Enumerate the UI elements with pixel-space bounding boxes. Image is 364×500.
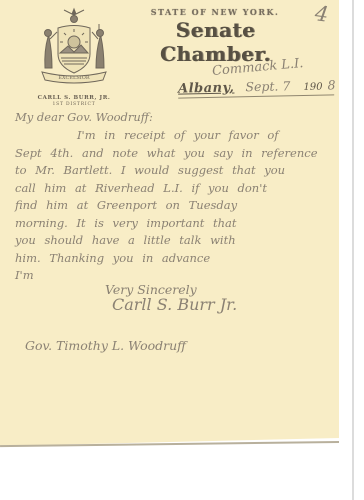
sender-name: CARLL S. BURR, JR. [18, 95, 130, 101]
handwritten-date: Sept. 7 [245, 78, 290, 94]
salutation: My dear Gov. Woodruff: [15, 110, 333, 128]
body-line: morning. It is very important that [15, 216, 333, 234]
body-line: to Mr. Bartlett. I would suggest that yo… [15, 163, 333, 181]
eagle-icon [64, 9, 84, 15]
body-line: Sept 4th. and note what you say in refer… [15, 146, 333, 164]
addressee: Gov. Timothy L. Woodruff [25, 338, 186, 353]
seal-graphic: EXCELSIOR [28, 6, 120, 94]
body-line: you should have a little talk with [15, 233, 333, 251]
handwritten-year-digit: 8 [327, 77, 335, 92]
new-york-coat-of-arms-seal: EXCELSIOR [28, 6, 120, 94]
body-line: call him at Riverhead L.I. if you don't [15, 181, 333, 199]
body-line: I'm in receipt of your favor of [15, 128, 333, 146]
body-line: find him at Greenport on Tuesday [15, 198, 333, 216]
sender-district: 1ST DISTRICT [18, 102, 130, 107]
printed-year-prefix: 190 [303, 82, 322, 93]
scan-artifact-line [352, 0, 354, 500]
letter-paper: EXCELSIOR CARLL S. BURR, JR. 1ST DISTRIC… [0, 0, 339, 447]
dateline-row: Albany, Sept. 7 190 8 [178, 74, 334, 98]
pencil-mark: 4 [313, 1, 330, 27]
seal-motto: EXCELSIOR [58, 75, 89, 81]
body-line: him. Thanking you in advance [15, 251, 333, 269]
printed-city: Albany, [178, 80, 235, 96]
letter-body: My dear Gov. Woodruff: I'm in receipt of… [15, 110, 333, 286]
letterhead-state-line: STATE OF NEW YORK. [150, 7, 280, 17]
signature: Carll S. Burr Jr. [112, 295, 237, 314]
sender-block: CARLL S. BURR, JR. 1ST DISTRICT [18, 95, 130, 107]
